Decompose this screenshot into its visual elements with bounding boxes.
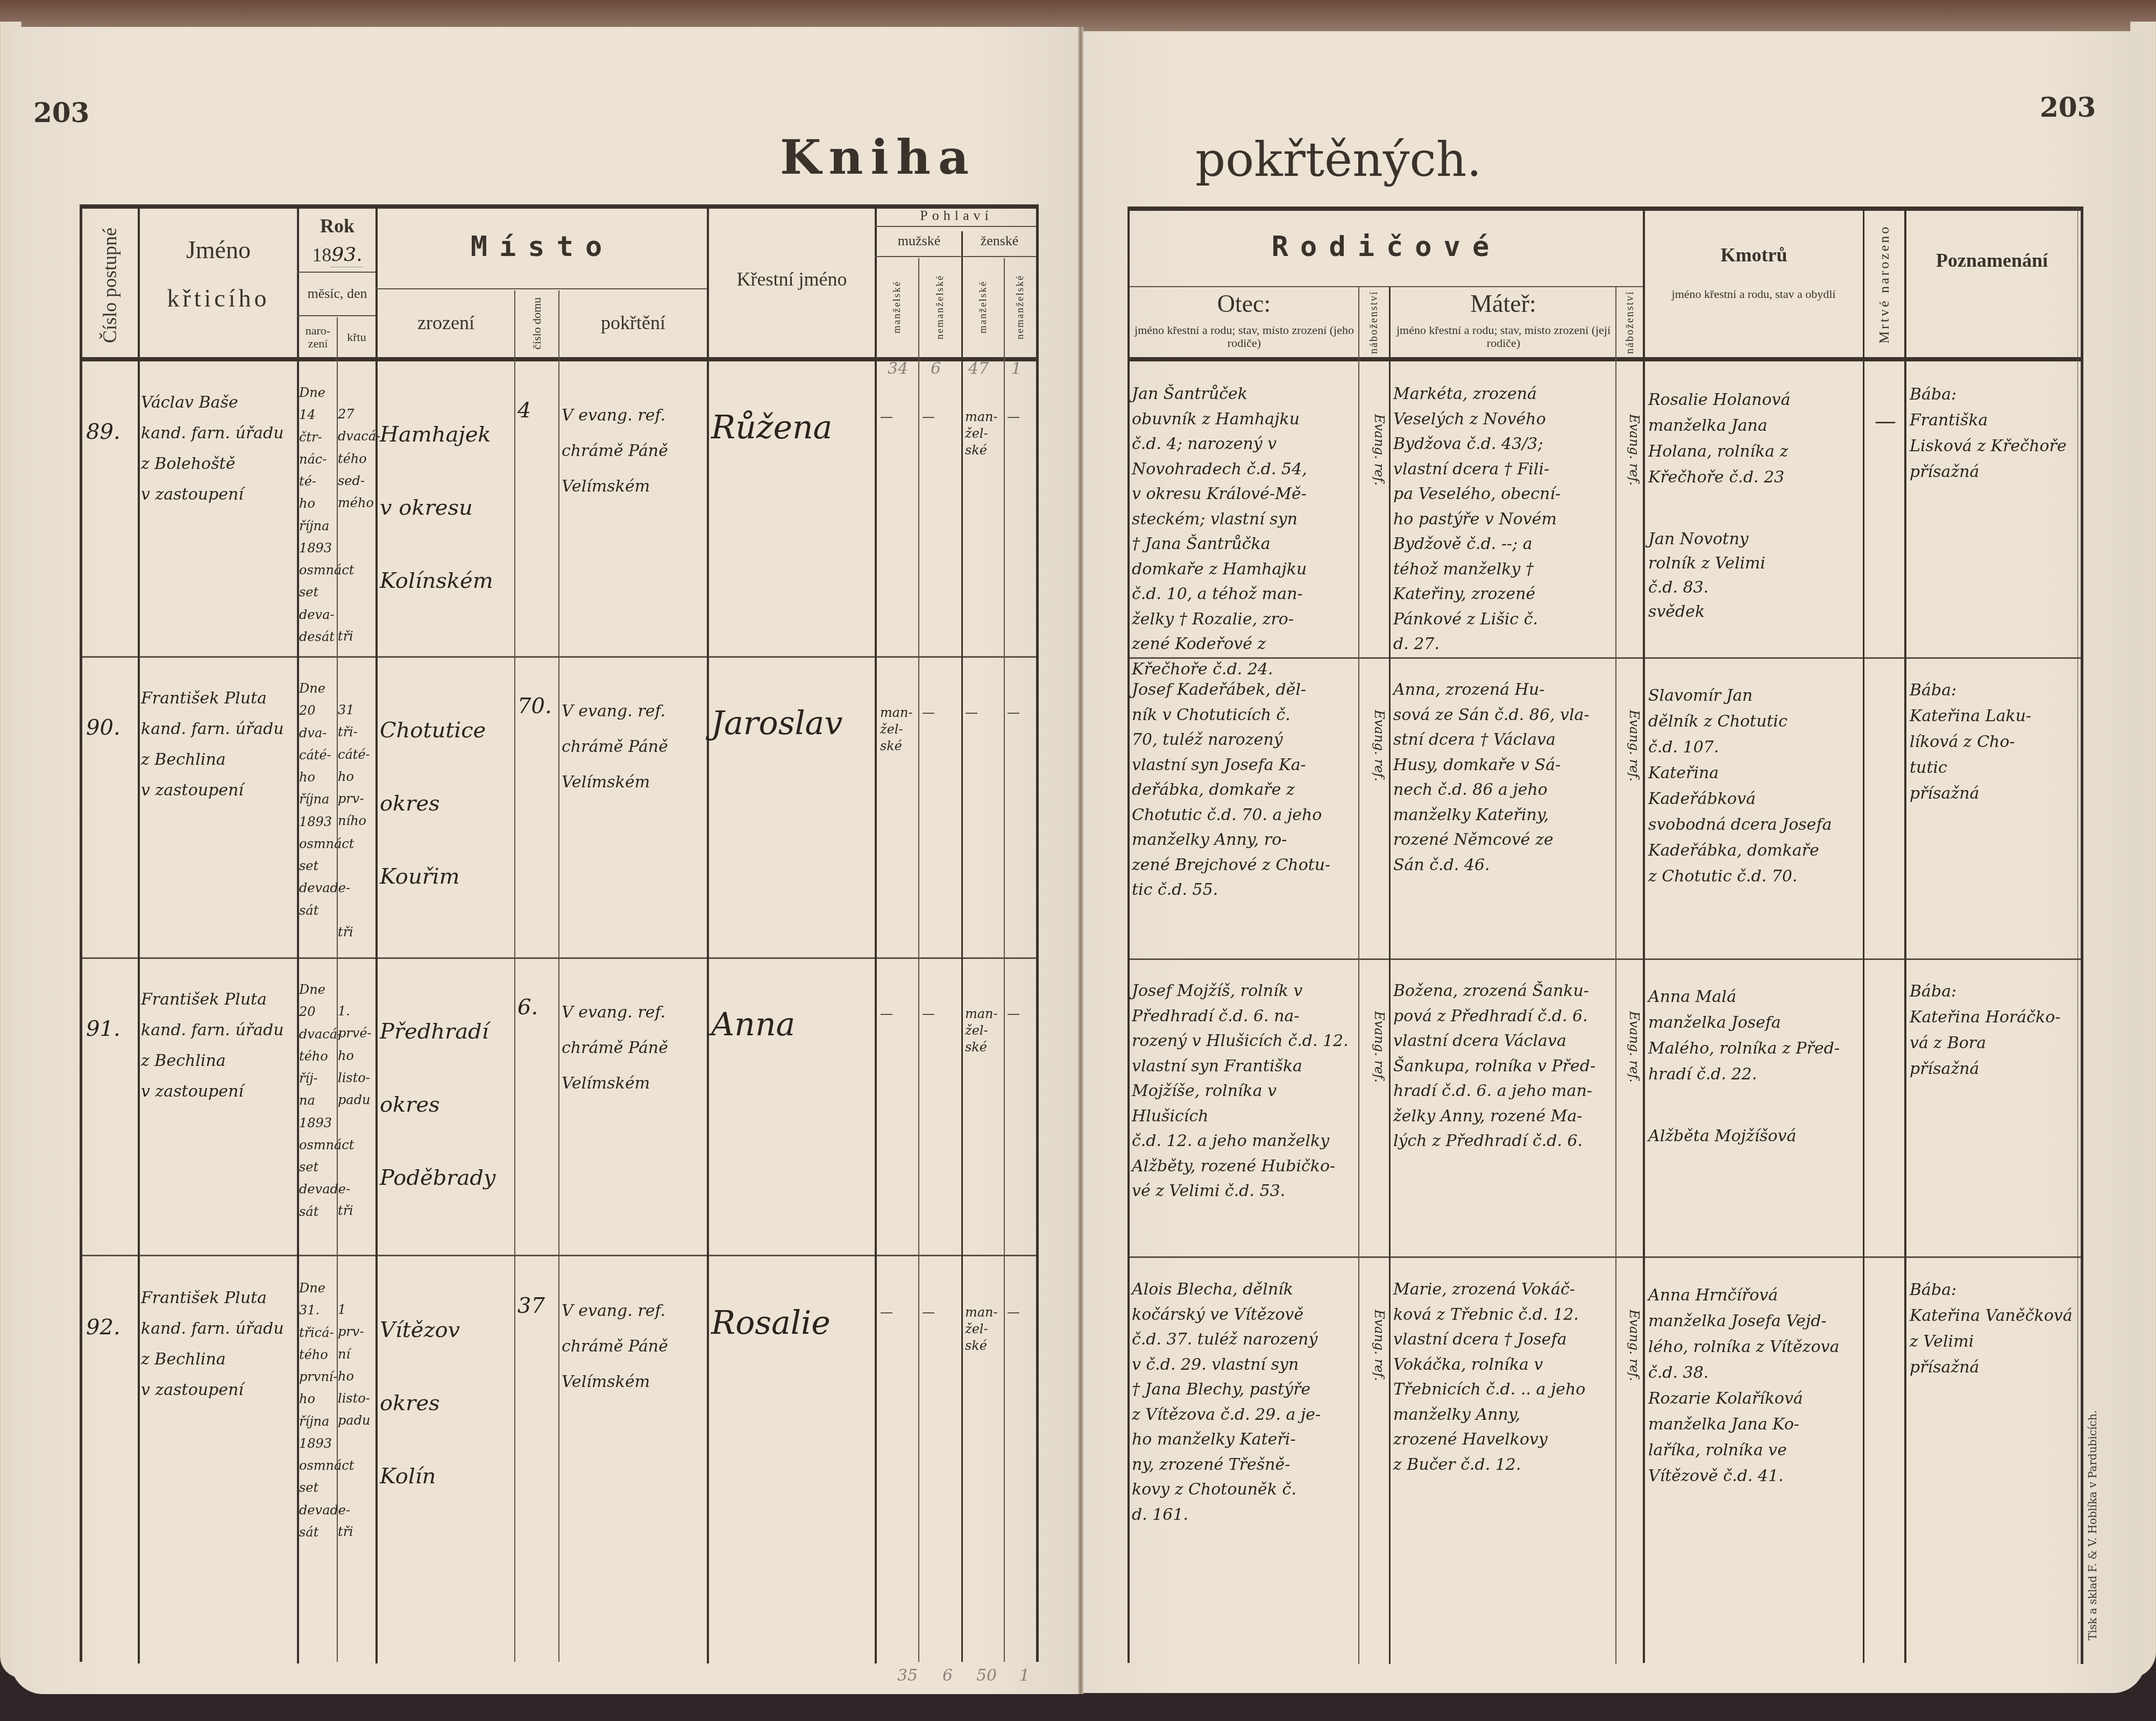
header-poznamenani: Poznamenání xyxy=(1906,237,2077,285)
birth-date-line: tého xyxy=(299,1344,338,1366)
baptism-place-line: V evang. ref. xyxy=(562,694,707,729)
tally-total-2: 50 xyxy=(976,1666,997,1685)
baptizer-name-line: z Bechlina xyxy=(141,1046,297,1076)
birth-place-line: v okresu xyxy=(380,471,514,544)
baptism-date-line: ho xyxy=(338,1366,375,1388)
tally-carried-0: 34 xyxy=(888,359,908,378)
header-muzske: mužské xyxy=(877,227,961,255)
birth-date-line: 14 xyxy=(299,404,338,426)
mother-details: Marie, zrozená Vokáč-ková z Třebnic č.d.… xyxy=(1393,1277,1615,1477)
witness: Alžběta Mojžíšová xyxy=(1648,1124,1861,1148)
baptizer-name-line: v zastoupení xyxy=(141,1076,297,1107)
mother-religion: Evang. ref. xyxy=(1619,1011,1642,1083)
baptism-date: 1.prvé-holisto-padu tři xyxy=(338,1000,375,1222)
birth-date-line: čtr- xyxy=(299,426,338,449)
godparents-line: Křečhoře č.d. 23 xyxy=(1648,465,1861,490)
father-details-line: manželky Anny, ro- xyxy=(1132,828,1358,853)
godparents-line: Kadeřábková xyxy=(1648,786,1861,812)
witness-line: svědek xyxy=(1648,600,1861,624)
sex-cell-1: — xyxy=(922,705,954,721)
birth-date-line: té- xyxy=(299,471,338,493)
father-details-line: vlastní syn Františka xyxy=(1132,1054,1358,1079)
baptizer-name-line: kand. farn. úřadu xyxy=(141,1015,297,1046)
mother-religion-line: Evang. ref. xyxy=(1627,1310,1642,1381)
mother-religion: Evang. ref. xyxy=(1619,710,1642,781)
mother-details-line: Sán č.d. 46. xyxy=(1393,853,1615,878)
christian-name-line: Anna xyxy=(711,1006,873,1044)
baptism-date-line: padu xyxy=(338,1410,375,1432)
house-number: 37 xyxy=(517,1293,558,1319)
sex-cell-0-line: — xyxy=(880,409,912,425)
baptism-date-line: ní xyxy=(338,1343,375,1366)
baptizer-name-line: z Bechlina xyxy=(141,1344,297,1375)
godparents: Anna Malámanželka JosefaMalého, rolníka … xyxy=(1648,984,1861,1087)
mother-details: Anna, zrozená Hu-sová ze Sán č.d. 86, vl… xyxy=(1393,678,1615,878)
sex-cell-0: — xyxy=(880,409,912,425)
christian-name-line: Jaroslav xyxy=(711,705,873,743)
father-details-line: vé z Velimi č.d. 53. xyxy=(1132,1179,1358,1204)
stillborn-value: — xyxy=(1875,409,1902,434)
notes-line: přísažná xyxy=(1910,1355,2077,1381)
father-details-line: kočárský ve Vítězově xyxy=(1132,1303,1358,1328)
birth-place: ChotuticeokresKouřim xyxy=(380,694,514,913)
sex-cell-2-line: man- žel- ské xyxy=(965,409,997,459)
father-details-line: Chotutic č.d. 70. a jeho xyxy=(1132,803,1358,828)
father-details-line: Předhradí č.d. 6. na- xyxy=(1132,1004,1358,1029)
header-zenske-manzelske: manželské xyxy=(963,258,1004,356)
father-details-line: Jan Šantrůček xyxy=(1132,382,1358,407)
baptism-date-line: mého xyxy=(338,492,375,514)
sex-cell-3-line: — xyxy=(1007,1006,1039,1022)
baptism-place-line: chrámě Páně xyxy=(562,433,707,469)
mother-details: Božena, zrozená Šanku-pová z Předhradí č… xyxy=(1393,979,1615,1154)
birth-place-line: Předhradí xyxy=(380,995,514,1068)
baptism-place-line: Velímském xyxy=(562,1364,707,1400)
house-number-line: 37 xyxy=(517,1293,558,1319)
godparents-line: dělník z Chotutic xyxy=(1648,709,1861,735)
baptism-place-line: Velímském xyxy=(562,1066,707,1101)
page-number-right: 203 xyxy=(2040,91,2096,123)
father-details-line: ny, zrozené Třešně- xyxy=(1132,1453,1358,1478)
godparents-line: Holana, rolníka z xyxy=(1648,439,1861,465)
entry-number-line: 92. xyxy=(86,1315,137,1340)
mother-details-line: nech č.d. 86 a jeho xyxy=(1393,778,1615,803)
baptism-date: 27dvacá-téhosed-mého tři xyxy=(338,403,375,648)
godparents-line: manželka Jana xyxy=(1648,413,1861,439)
birth-date-line: 1893 xyxy=(299,1112,338,1134)
birth-date: Dne20dvacá-téhoříj-na1893osmnáctset deva… xyxy=(299,979,338,1223)
entry-number: 90. xyxy=(86,715,137,741)
notes-line: Bába: xyxy=(1910,678,2077,703)
godparents-line: Kateřina xyxy=(1648,760,1861,786)
sex-cell-0: man- žel- ské xyxy=(880,705,912,755)
birth-date-line: 1893 xyxy=(299,811,338,833)
baptism-place: V evang. ref.chrámě PáněVelímském xyxy=(562,398,707,504)
baptism-place: V evang. ref.chrámě PáněVelímském xyxy=(562,995,707,1101)
baptism-date-line xyxy=(338,581,375,603)
mother-details-line: Marie, zrozená Vokáč- xyxy=(1393,1277,1615,1303)
birth-place: VítězovokresKolín xyxy=(380,1293,514,1513)
baptism-date: 31tři-cáté-hoprv-ního tři xyxy=(338,699,375,943)
sex-cell-0-line: — xyxy=(880,1304,912,1321)
mother-details-line: Husy, domkaře v Sá- xyxy=(1393,753,1615,778)
father-religion: Evang. ref. xyxy=(1362,1011,1387,1083)
mother-religion-line: Evang. ref. xyxy=(1627,1011,1642,1083)
baptism-date-line xyxy=(338,559,375,581)
mother-details-line: sová ze Sán č.d. 86, vla- xyxy=(1393,703,1615,728)
header-mrtve-narozeno: Mrtvé narozeno xyxy=(1864,212,1904,356)
year-handwritten: 93. xyxy=(331,244,362,267)
witness-line: Alžběta Mojžíšová xyxy=(1648,1124,1861,1148)
baptism-date-line xyxy=(338,899,375,921)
baptism-place-line: V evang. ref. xyxy=(562,398,707,433)
father-details-line: rozený v Hlušicích č.d. 12. xyxy=(1132,1029,1358,1054)
house-number-line: 70. xyxy=(517,694,558,719)
sex-cell-0-line: man- žel- ské xyxy=(880,705,912,755)
birth-date-line: října xyxy=(299,788,338,810)
birth-place-line: okres xyxy=(380,767,514,840)
notes: Bába:Kateřina Laku-líková z Cho-tuticpří… xyxy=(1910,678,2077,807)
godparents: Rosalie Holanovámanželka JanaHolana, rol… xyxy=(1648,387,1861,490)
baptism-date-line: ního xyxy=(338,810,375,832)
birth-date-line: devade- xyxy=(299,877,338,899)
father-details-line: Novohradech č.d. 54, xyxy=(1132,457,1358,482)
header-jmeno: Jméno xyxy=(140,231,297,269)
father-details-line: č.d. 4; narozený v xyxy=(1132,432,1358,457)
tally-total-3: 1 xyxy=(1019,1666,1030,1685)
birth-date-line: desát xyxy=(299,626,338,648)
father-details-line: zené Kodeřové z xyxy=(1132,632,1358,657)
father-details-line: tic č.d. 55. xyxy=(1132,878,1358,903)
printer-imprint: Tisk a sklad F. & V. Hoblíka v Pardubicí… xyxy=(2086,1398,2100,1640)
mother-details-line: vlastní dcera † Josefa xyxy=(1393,1327,1615,1353)
tally-carried-1: 6 xyxy=(931,359,941,378)
header-mater: Máteř: xyxy=(1391,288,1615,320)
godparents-line: manželka Josefa xyxy=(1648,1010,1861,1036)
sex-cell-2-line: man- žel- ské xyxy=(965,1304,997,1355)
header-zenske: ženské xyxy=(963,227,1036,255)
godparents-line: Slavomír Jan xyxy=(1648,683,1861,709)
father-details-line: v č.d. 29. vlastní syn xyxy=(1132,1353,1358,1378)
house-number: 4 xyxy=(517,398,558,423)
mother-details-line: Kateřiny, zrozené xyxy=(1393,582,1615,607)
header-rok-year: 1893. xyxy=(299,243,375,268)
mother-details-line: hradí č.d. 6. a jeho man- xyxy=(1393,1079,1615,1104)
baptizer-name: Václav Bašekand. farn. úřaduz Bolehoštěv… xyxy=(141,387,297,510)
mother-details-line: Vokáčka, rolníka v xyxy=(1393,1353,1615,1378)
godparents-line: z Chotutic č.d. 70. xyxy=(1648,864,1861,890)
mother-details-line: lých z Předhradí č.d. 6. xyxy=(1393,1129,1615,1154)
baptism-date-line: 31 xyxy=(338,699,375,721)
baptizer-name-line: Václav Baše xyxy=(141,387,297,418)
christian-name-line: Rosalie xyxy=(711,1304,873,1342)
header-kmotru: Kmotrů xyxy=(1645,237,1863,274)
baptism-date-line xyxy=(338,1178,375,1200)
godparents-line: Rozarie Kolaříková xyxy=(1648,1386,1861,1412)
godparents-line: lého, rolníka z Vítězova xyxy=(1648,1334,1861,1360)
father-details-line: Josef Mojžíš, rolník v xyxy=(1132,979,1358,1004)
birth-date-line: osmnáct xyxy=(299,1455,338,1477)
baptizer-name: František Plutakand. farn. úřaduz Bechli… xyxy=(141,683,297,806)
birth-date-line: Dne xyxy=(299,678,338,700)
mother-details-line: Anna, zrozená Hu- xyxy=(1393,678,1615,703)
page-number-left: 203 xyxy=(33,97,89,129)
birth-date-line: na xyxy=(299,1090,338,1112)
birth-date-line: Dne xyxy=(299,979,338,1001)
mother-religion: Evang. ref. xyxy=(1619,414,1642,486)
header-rok: Rok xyxy=(299,213,375,240)
birth-date-line: ho xyxy=(299,766,338,788)
header-krtu: křtu xyxy=(338,318,375,356)
baptism-date-line xyxy=(338,603,375,625)
godparents-line: Anna Hrnčířová xyxy=(1648,1283,1861,1308)
sex-cell-1-line: — xyxy=(922,1006,954,1022)
entry-number: 92. xyxy=(86,1315,137,1340)
notes-line: Bába: xyxy=(1910,382,2077,408)
tally-carried-3: 1 xyxy=(1011,359,1022,378)
mother-details-line: Bydžova č.d. 43/3; xyxy=(1393,432,1615,457)
birth-date-line: Dne xyxy=(299,382,338,404)
sex-cell-3: — xyxy=(1007,409,1039,425)
baptism-date-line: tři xyxy=(338,1521,375,1543)
baptism-date-line xyxy=(338,514,375,536)
notes-line: Kateřina Horáčko- xyxy=(1910,1005,2077,1030)
father-details-line: ho manželky Kateři- xyxy=(1132,1427,1358,1453)
notes-line: přísažná xyxy=(1910,1056,2077,1082)
notes-line: přísažná xyxy=(1910,781,2077,807)
birth-date-line: 31. xyxy=(299,1299,338,1321)
mother-religion-line: Evang. ref. xyxy=(1627,414,1642,486)
tally-total-1: 6 xyxy=(942,1666,953,1685)
father-details-line: kovy z Chotouněk č. xyxy=(1132,1477,1358,1503)
godparents-line: Malého, rolníka z Před- xyxy=(1648,1036,1861,1062)
header-pohlavi: Pohlaví xyxy=(877,205,1036,226)
baptism-date-line: prv- xyxy=(338,788,375,810)
baptism-date-line: listo- xyxy=(338,1388,375,1410)
header-pokrteni: pokřtění xyxy=(559,290,707,356)
house-number: 6. xyxy=(517,995,558,1020)
mother-details-line: manželky Kateřiny, xyxy=(1393,803,1615,828)
header-zenske-nemanzelske: nemanželské xyxy=(1005,258,1036,356)
baptizer-name-line: v zastoupení xyxy=(141,479,297,510)
mother-details-line: vlastní dcera Václava xyxy=(1393,1029,1615,1054)
baptism-date-line xyxy=(338,1156,375,1178)
header-rodicove: Rodičové xyxy=(1130,215,1643,280)
mother-details-line: téhož manželky † xyxy=(1393,557,1615,582)
father-religion-line: Evang. ref. xyxy=(1372,1310,1387,1381)
page-title-right: pokřtěných. xyxy=(1195,132,1481,187)
father-details-line: v okresu Králové-Mě- xyxy=(1132,482,1358,507)
baptism-place-line: chrámě Páně xyxy=(562,1329,707,1364)
entry-number: 91. xyxy=(86,1016,137,1042)
baptizer-name-line: kand. farn. úřadu xyxy=(141,418,297,449)
notes: Bába:Kateřina Vaněčkováz Velimipřísažná xyxy=(1910,1277,2077,1381)
birth-place: PředhradíokresPoděbrady xyxy=(380,995,514,1214)
birth-date-line: října xyxy=(299,1411,338,1433)
tally-total-0: 35 xyxy=(897,1666,918,1685)
birth-date-line: října xyxy=(299,515,338,537)
christian-name: Růžena xyxy=(711,409,873,447)
baptism-date-line: tého xyxy=(338,448,375,470)
birth-date-line: tého xyxy=(299,1046,338,1068)
baptism-date-line: listo- xyxy=(338,1067,375,1089)
sex-cell-3: — xyxy=(1007,1006,1039,1022)
header-muzske-manzelske: manželské xyxy=(877,258,918,356)
birth-date-line: cáté- xyxy=(299,744,338,766)
father-details-line: ník v Chotuticích č. xyxy=(1132,703,1358,728)
birth-date-line: ho xyxy=(299,1388,338,1410)
baptizer-name-line: František Pluta xyxy=(141,1283,297,1313)
baptism-place-line: Velímském xyxy=(562,469,707,504)
baptism-date-line xyxy=(338,1432,375,1454)
father-details-line: č.d. 12. a jeho manželky xyxy=(1132,1129,1358,1154)
baptism-date-line: ho xyxy=(338,1045,375,1067)
sex-cell-3: — xyxy=(1007,1304,1039,1321)
baptism-date-line: ho xyxy=(338,766,375,788)
birth-date-line: sát xyxy=(299,1201,338,1223)
father-religion: Evang. ref. xyxy=(1362,710,1387,781)
notes-line: Františka xyxy=(1910,408,2077,433)
godparents-line: Rosalie Holanová xyxy=(1648,387,1861,413)
birth-date-line: dvacá- xyxy=(299,1023,338,1046)
birth-date-line: sát xyxy=(299,900,338,922)
godparents-line: č.d. 38. xyxy=(1648,1360,1861,1386)
notes-line: tutic xyxy=(1910,755,2077,781)
baptism-date-line xyxy=(338,855,375,877)
father-details-line: č.d. 10, a téhož man- xyxy=(1132,582,1358,607)
witness-line: rolník z Velimi xyxy=(1648,551,1861,575)
birth-date-line: ho xyxy=(299,493,338,515)
godparents-line: č.d. 107. xyxy=(1648,735,1861,760)
notes-line: Lisková z Křečhoře xyxy=(1910,433,2077,459)
tally-carried-2: 47 xyxy=(968,359,989,378)
header-otec-nabozenstvi: náboženství xyxy=(1359,288,1388,356)
notes-line: Bába: xyxy=(1910,1277,2077,1303)
christian-name-line: Růžena xyxy=(711,409,873,447)
sex-cell-1: — xyxy=(922,1006,954,1022)
header-mesic-den: měsíc, den xyxy=(299,274,375,313)
baptism-place-line: V evang. ref. xyxy=(562,995,707,1030)
godparents-line: Anna Malá xyxy=(1648,984,1861,1010)
birth-date-line: 1893 xyxy=(299,1433,338,1455)
birth-date-line: říj- xyxy=(299,1068,338,1090)
baptizer-name-line: v zastoupení xyxy=(141,775,297,806)
baptism-date-line: prvé- xyxy=(338,1022,375,1044)
sex-cell-3-line: — xyxy=(1007,409,1039,425)
father-details-line: d. 161. xyxy=(1132,1503,1358,1528)
baptism-date-line: tři xyxy=(338,921,375,943)
father-details-line: Mojžíše, rolníka v Hlušicích xyxy=(1132,1079,1358,1129)
mother-religion: Evang. ref. xyxy=(1619,1310,1642,1381)
birth-date-line: Dne xyxy=(299,1277,338,1299)
birth-place-line: Hamhajek xyxy=(380,398,514,471)
sex-cell-2: — xyxy=(965,705,997,721)
birth-place: Hamhajekv okresuKolínském xyxy=(380,398,514,617)
mother-details-line: d. 27. xyxy=(1393,632,1615,657)
mother-details-line: Třebnicích č.d. .. a jeho xyxy=(1393,1377,1615,1403)
father-details-line: † Jana Blechy, pastýře xyxy=(1132,1377,1358,1403)
father-details-line: č.d. 37. tuléž narozený xyxy=(1132,1327,1358,1353)
header-muzske-nemanzelske: nemanželské xyxy=(919,258,961,356)
father-religion: Evang. ref. xyxy=(1362,1310,1387,1381)
birth-date: Dne31.třicá-téhoprvní-hoříjna1893osmnáct… xyxy=(299,1277,338,1544)
mother-details-line: ková z Třebnic č.d. 12. xyxy=(1393,1303,1615,1328)
sex-cell-0-line: — xyxy=(880,1006,912,1022)
baptism-date: 1prv-níholisto-padu tři xyxy=(338,1299,375,1543)
sex-cell-3: — xyxy=(1007,705,1039,721)
birth-date-line: osmnáct xyxy=(299,833,338,855)
notes-line: přísažná xyxy=(1910,459,2077,485)
mother-details-line: vlastní dcera † Fili- xyxy=(1393,457,1615,482)
notes-line: vá z Bora xyxy=(1910,1030,2077,1056)
baptism-date-line xyxy=(338,833,375,855)
birth-date-line: 20 xyxy=(299,700,338,722)
father-details-line: 70, tuléž narozený xyxy=(1132,728,1358,753)
birth-date-line: osmnáct xyxy=(299,1134,338,1156)
header-otec-sub: jméno křestní a rodu; stav, místo zrozen… xyxy=(1133,317,1356,356)
baptism-place: V evang. ref.chrámě PáněVelímském xyxy=(562,694,707,800)
header-mater-sub: jméno křestní a rodu; stav, místo zrozen… xyxy=(1394,317,1613,356)
baptizer-name-line: kand. farn. úřadu xyxy=(141,714,297,744)
year-printed: 18 xyxy=(312,245,331,266)
mother-details-line: ho pastýře v Novém xyxy=(1393,507,1615,532)
book-spine xyxy=(1078,27,1083,1694)
baptism-place-line: chrámě Páně xyxy=(562,1030,707,1066)
page-title-left: Kniha xyxy=(780,129,976,185)
birth-date: Dne14čtr-nác-té-hoříjna1893osmnáctset de… xyxy=(299,382,338,648)
sex-cell-2-line: man- žel- ské xyxy=(965,1006,997,1056)
baptizer-name-line: z Bechlina xyxy=(141,744,297,775)
mother-details-line: manželky Anny, xyxy=(1393,1403,1615,1428)
header-kmotru-sub: jméno křestní a rodu, stav a obydlí xyxy=(1657,275,1850,313)
father-details-line: obuvník z Hamhajku xyxy=(1132,407,1358,432)
entry-number-line: 91. xyxy=(86,1016,137,1042)
house-number-line: 4 xyxy=(517,398,558,423)
godparents-line: hradí č.d. 22. xyxy=(1648,1062,1861,1087)
header-mater-nabozenstvi: náboženství xyxy=(1616,288,1643,356)
christian-name: Jaroslav xyxy=(711,705,873,743)
baptism-date-line: 1. xyxy=(338,1000,375,1022)
notes-line: Kateřina Laku- xyxy=(1910,703,2077,729)
sex-cell-2: man- žel- ské xyxy=(965,1304,997,1355)
baptizer-name: František Plutakand. farn. úřaduz Bechli… xyxy=(141,1283,297,1405)
birth-place-line: Kouřim xyxy=(380,840,514,913)
baptism-date-line xyxy=(338,1454,375,1476)
baptism-date-line: tři- xyxy=(338,721,375,743)
mother-details-line: Markéta, zrozená xyxy=(1393,382,1615,407)
witness-line: č.d. 83. xyxy=(1648,575,1861,600)
witness: Jan Novotnyrolník z Velimič.d. 83.svědek xyxy=(1648,527,1861,624)
baptism-date-line xyxy=(338,1134,375,1156)
birth-place-line: Kolín xyxy=(380,1440,514,1513)
header-otec: Otec: xyxy=(1130,288,1358,320)
baptism-place-line: Velímském xyxy=(562,765,707,800)
mother-details-line: Pánkové z Lišic č. xyxy=(1393,607,1615,632)
birth-date-line: set xyxy=(299,855,338,877)
mother-details-line: želky Anny, rozené Ma- xyxy=(1393,1104,1615,1129)
header-zrozeni: zrození xyxy=(378,290,514,356)
mother-details-line: z Bučer č.d. 12. xyxy=(1393,1453,1615,1478)
sex-cell-0: — xyxy=(880,1006,912,1022)
godparents: Slavomír Jandělník z Chotuticč.d. 107.Ka… xyxy=(1648,683,1861,890)
birth-date-line: první- xyxy=(299,1366,338,1388)
entry-number: 89. xyxy=(86,419,137,445)
birth-place-line: okres xyxy=(380,1367,514,1440)
baptism-date-line: tři xyxy=(338,625,375,648)
christian-name: Anna xyxy=(711,1006,873,1044)
godparents-line: manželka Jana Ko- xyxy=(1648,1412,1861,1438)
birth-date-line: sát xyxy=(299,1521,338,1544)
